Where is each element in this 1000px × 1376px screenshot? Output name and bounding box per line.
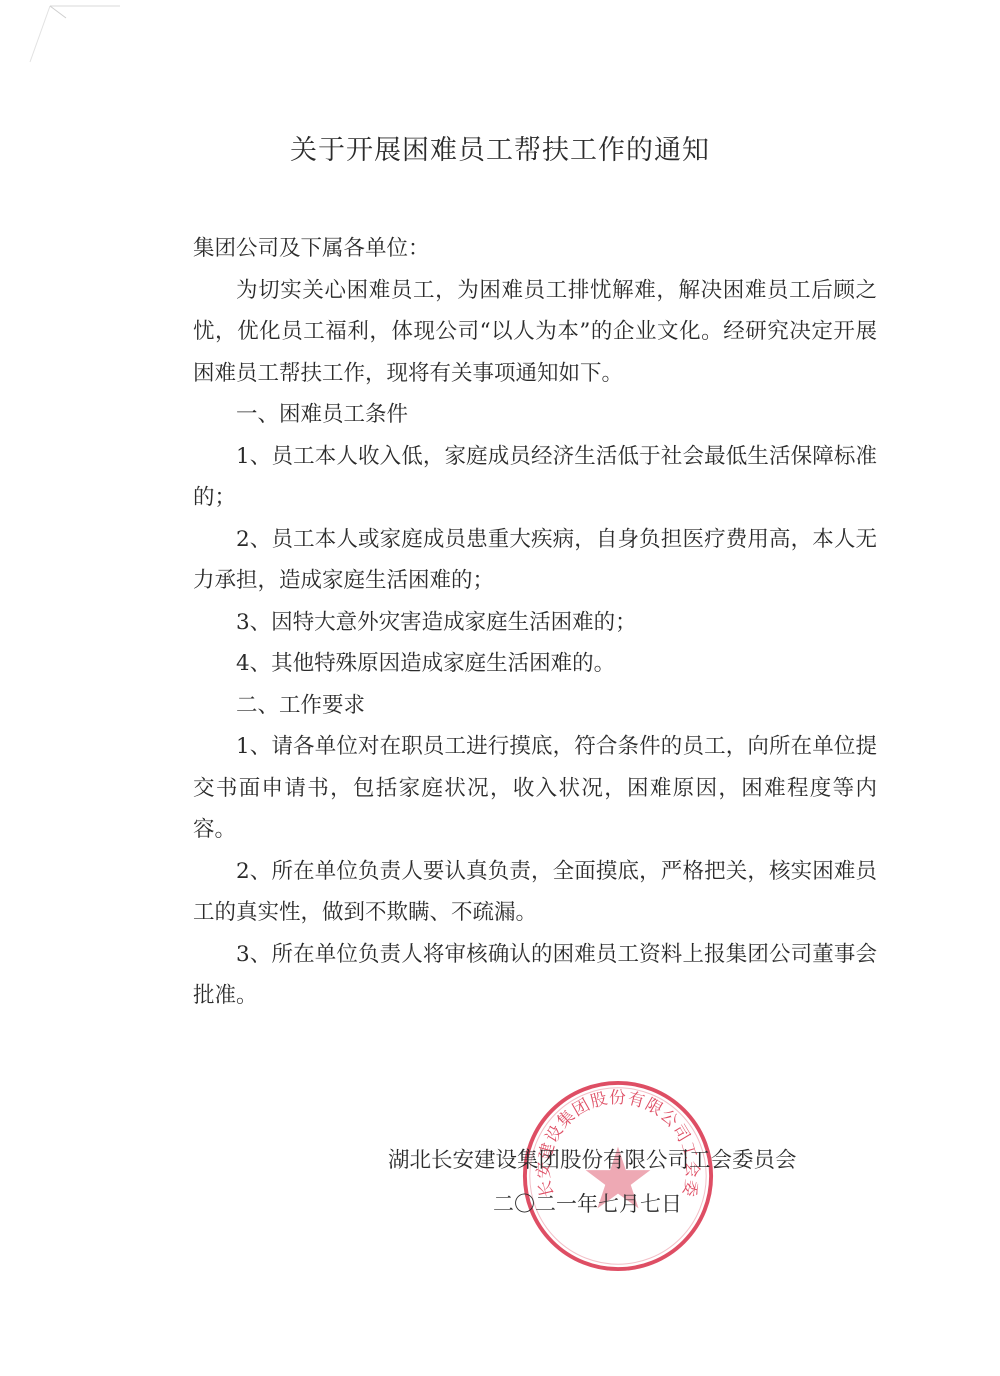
- scan-fold-mark: [0, 0, 120, 80]
- section-heading-conditions: 一、困难员工条件: [193, 394, 877, 436]
- issuer-signature: 湖北长安建设集团股份有限公司工会委员会: [388, 1140, 797, 1182]
- condition-item: 1、员工本人收入低，家庭成员经济生活低于社会最低生活保障标准的；: [193, 436, 877, 519]
- section-heading-requirements: 二、工作要求: [193, 685, 877, 727]
- condition-item: 2、员工本人或家庭成员患重大疾病，自身负担医疗费用高，本人无力承担，造成家庭生活…: [193, 519, 877, 602]
- document-body: 集团公司及下属各单位： 为切实关心困难员工，为困难员工排忧解难，解决困难员工后顾…: [193, 228, 877, 1017]
- condition-item: 3、因特大意外灾害造成家庭生活困难的；: [193, 602, 877, 644]
- salutation: 集团公司及下属各单位：: [193, 228, 877, 270]
- condition-item: 4、其他特殊原因造成家庭生活困难的。: [193, 643, 877, 685]
- document-title: 关于开展困难员工帮扶工作的通知: [0, 128, 1000, 167]
- requirement-item: 3、所在单位负责人将审核确认的困难员工资料上报集团公司董事会批准。: [193, 934, 877, 1017]
- issue-date: 二〇二一年七月七日: [493, 1188, 682, 1218]
- requirement-item: 1、请各单位对在职员工进行摸底，符合条件的员工，向所在单位提交书面申请书，包括家…: [193, 726, 877, 851]
- requirement-item: 2、所在单位负责人要认真负责，全面摸底，严格把关，核实困难员工的真实性，做到不欺…: [193, 851, 877, 934]
- intro-paragraph: 为切实关心困难员工，为困难员工排忧解难，解决困难员工后顾之忧，优化员工福利，体现…: [193, 270, 877, 395]
